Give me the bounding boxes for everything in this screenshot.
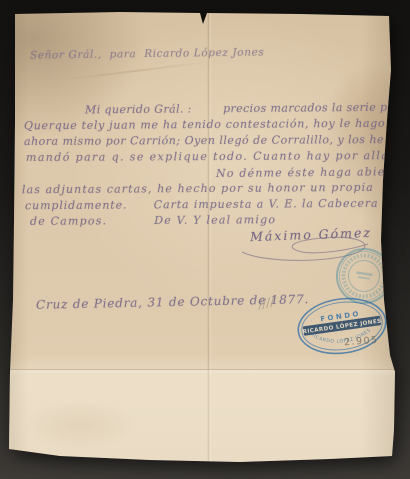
photograph-background: Señor Grál., para Ricardo López Jones Mi… bbox=[0, 0, 410, 479]
pencil-marks: //// bbox=[257, 294, 276, 311]
paper-shadow-wrap: Señor Grál., para Ricardo López Jones Mi… bbox=[0, 0, 410, 479]
oval-fondo-stamp: · · · · · · · · FONDO RICARDO LÓPEZ JONE… bbox=[288, 286, 396, 365]
letter-paper: Señor Grál., para Ricardo López Jones Mi… bbox=[0, 0, 410, 479]
letter-heading: Señor Grál., para Ricardo López Jones bbox=[30, 46, 265, 61]
letter-body-line: Querque tely juan me ha tenido contestac… bbox=[24, 117, 385, 133]
letter-body-line: las adjuntas cartas, he hecho por su hon… bbox=[22, 181, 374, 196]
letter-body-line: ahora mismo por Carrión; Oyen llegó de C… bbox=[24, 133, 384, 148]
letter-body-line: cumplidamente. Carta impuesta a V. E. la… bbox=[25, 197, 379, 212]
paper-stain bbox=[20, 400, 140, 450]
letter-body-line: mandó para q. se explique todo. Cuanto h… bbox=[26, 149, 394, 164]
diagonal-crease bbox=[60, 61, 209, 81]
letter-body-line: Mi querido Grál. : precios marcados la s… bbox=[85, 101, 400, 117]
letter-body-line: No dénme éste haga abiertas bbox=[216, 165, 410, 180]
letter-body-line: de Campos. De V. Y leal amigo bbox=[30, 213, 276, 228]
